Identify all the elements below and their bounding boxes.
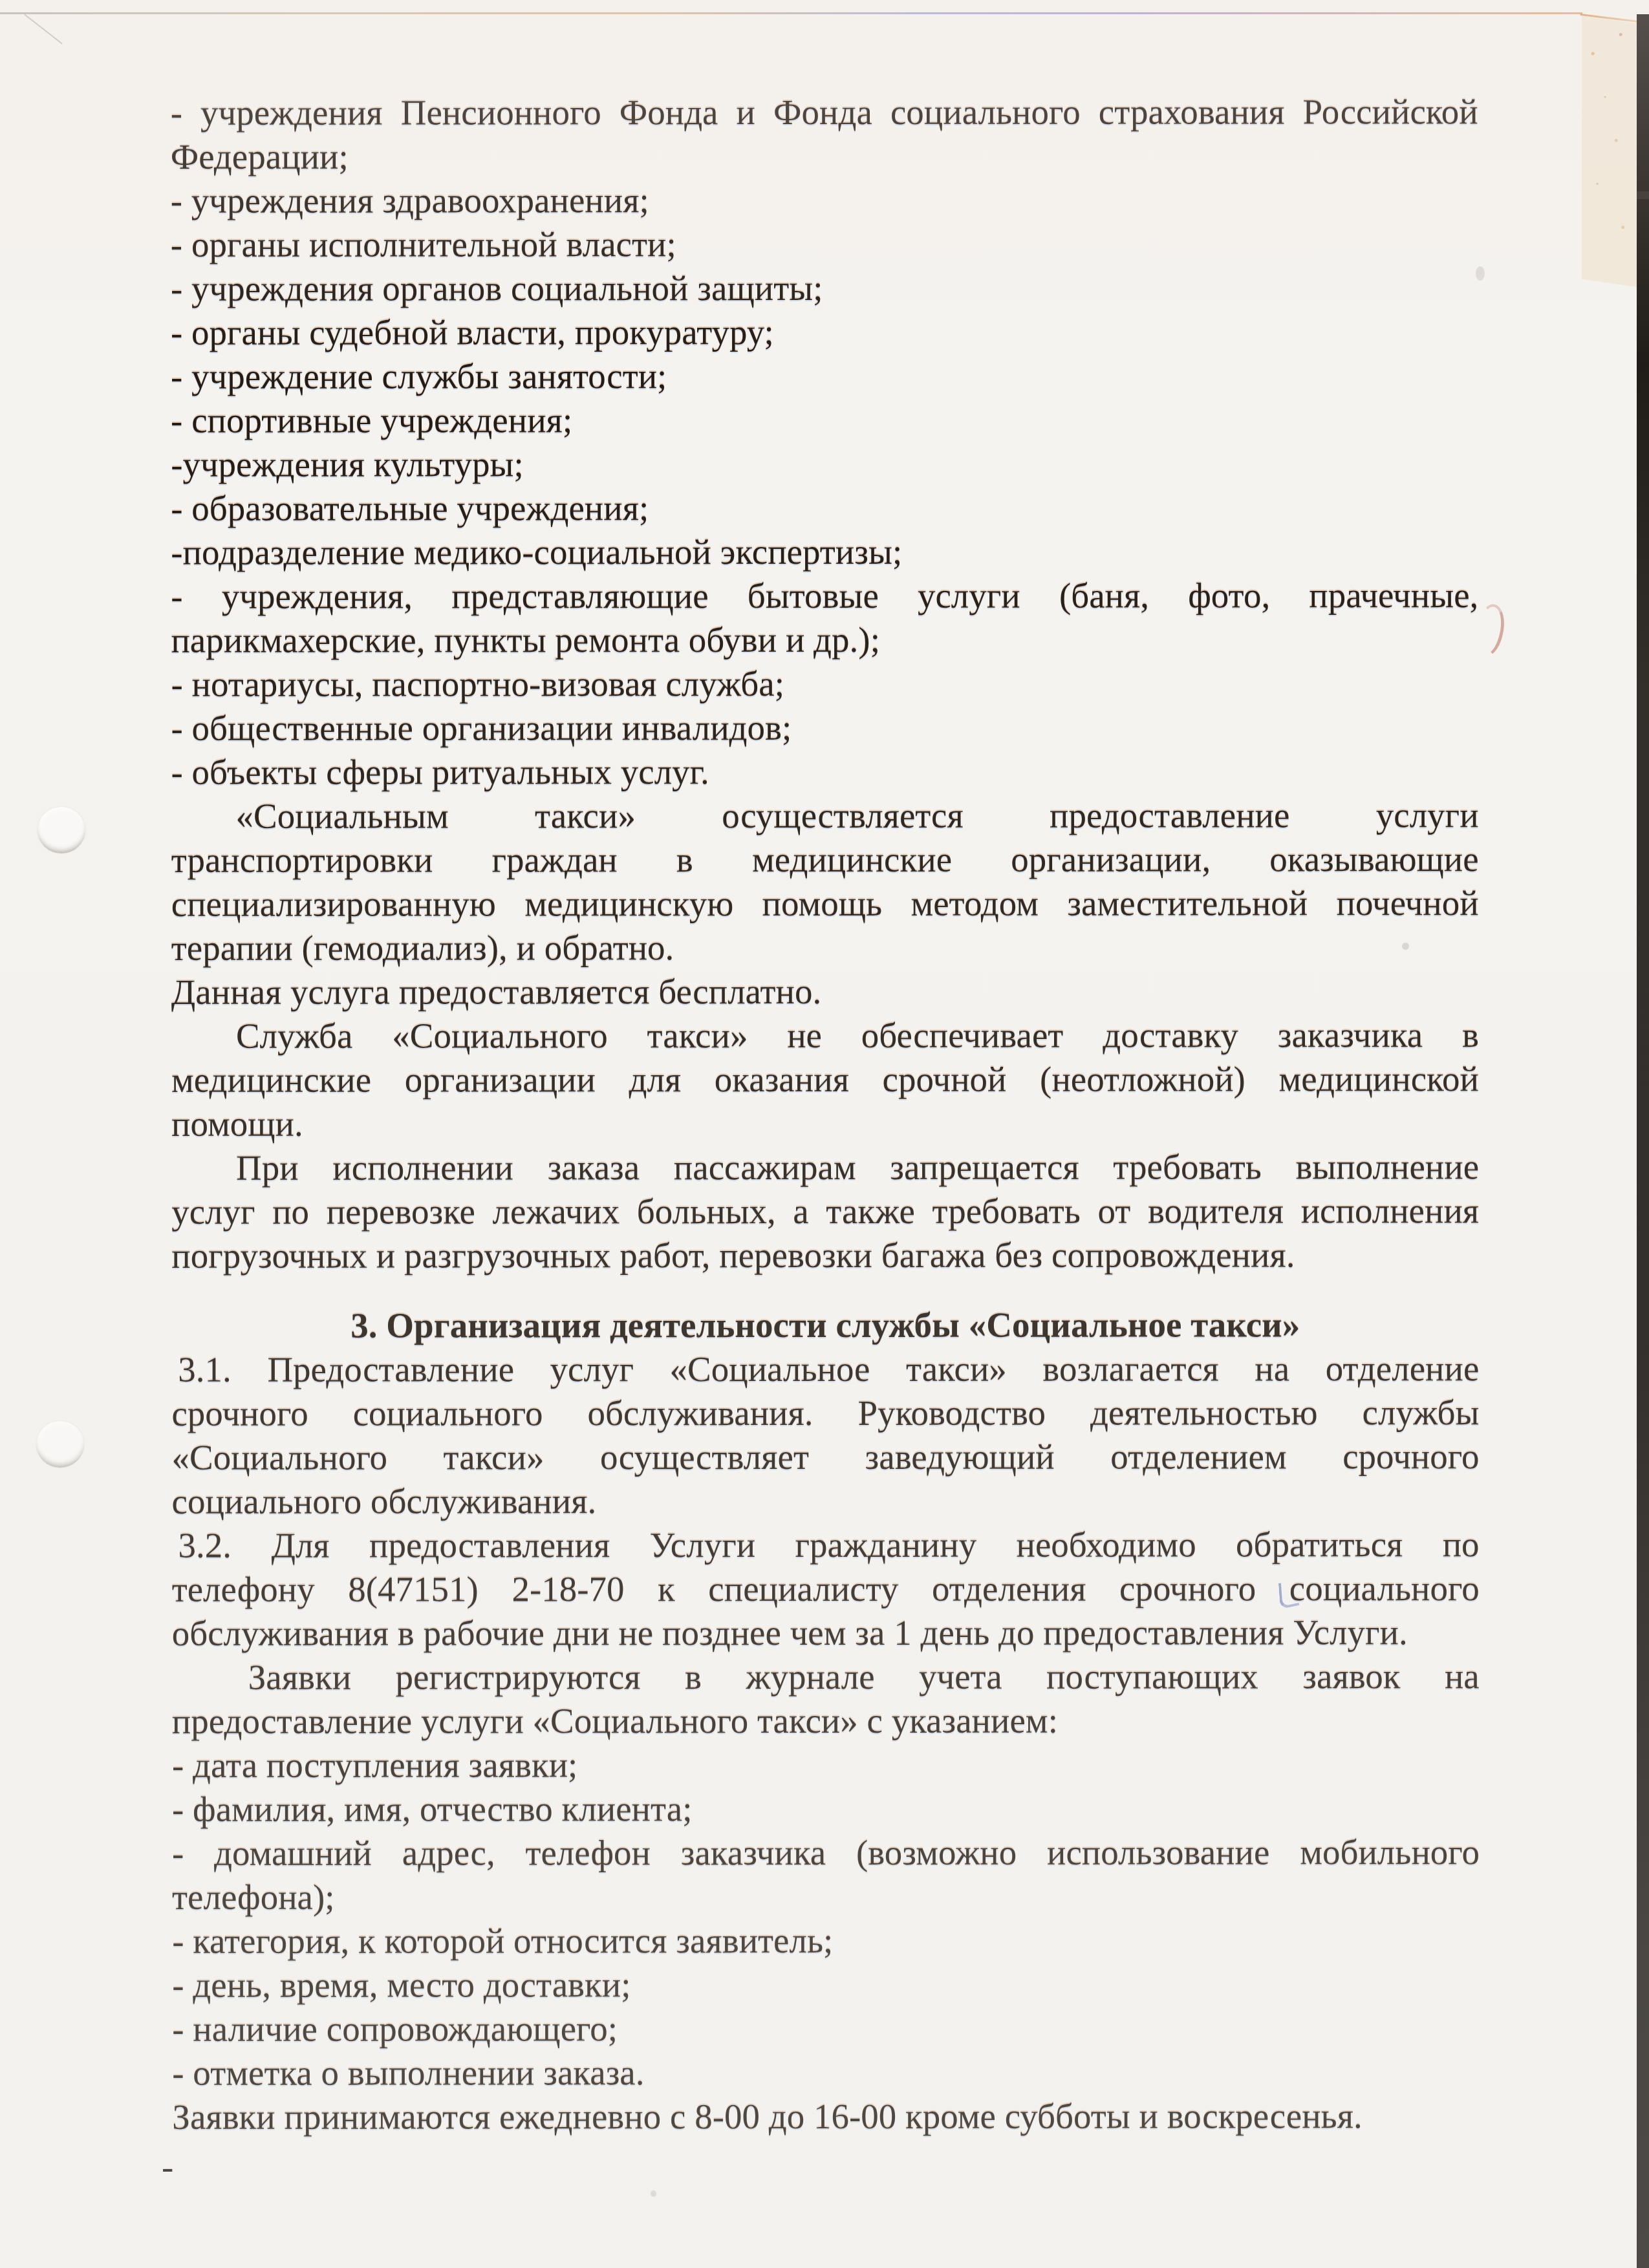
text-line: парикмахерские, пункты ремонта обуви и д… bbox=[171, 617, 1478, 663]
text-line: транспортировки граждан в медицинские ор… bbox=[171, 837, 1479, 883]
text-line: 3.1. Предоставление услуг «Социальное та… bbox=[171, 1347, 1479, 1392]
text-line: «Социального такси» осуществляет заведую… bbox=[171, 1435, 1479, 1480]
text-line: - спортивные учреждения; bbox=[171, 398, 1478, 443]
text-line: Данная услуга предоставляется бесплатно. bbox=[171, 969, 1479, 1014]
text-line: - фамилия, имя, отчество клиента; bbox=[172, 1786, 1480, 1832]
text-line: -учреждения культуры; bbox=[171, 442, 1478, 487]
text-line: помощи. bbox=[171, 1101, 1479, 1146]
text-line: Федерации; bbox=[171, 134, 1478, 179]
text-line: - органы исполнительной власти; bbox=[171, 222, 1478, 267]
section-heading: 3. Организация деятельности службы «Соци… bbox=[171, 1303, 1479, 1348]
text-line: телефону 8(47151) 2-18-70 к специалисту … bbox=[172, 1567, 1480, 1612]
text-line: обслуживания в рабочие дни не позднее че… bbox=[172, 1610, 1480, 1656]
text-line: - наличие сопровождающего; bbox=[172, 2006, 1480, 2051]
text-line: специализированную медицинскую помощь ме… bbox=[171, 881, 1479, 926]
page-corner-strip bbox=[1582, 16, 1637, 287]
scanner-edge-band-notch bbox=[1637, 191, 1649, 199]
scratch-mark bbox=[24, 14, 63, 44]
scanned-document-page: - учреждения Пенсионного Фонда и Фонда с… bbox=[0, 0, 1649, 2268]
text-line: - категория, к которой относится заявите… bbox=[172, 1918, 1480, 1963]
text-line: При исполнении заказа пассажирам запреща… bbox=[171, 1145, 1479, 1190]
text-line: предоставление услуги «Социального такси… bbox=[172, 1698, 1480, 1744]
text-line: - учреждения Пенсионного Фонда и Фонда с… bbox=[171, 90, 1478, 135]
text-line: - учреждения, представляющие бытовые усл… bbox=[171, 573, 1478, 619]
text-line: срочного социального обслуживания. Руков… bbox=[171, 1391, 1479, 1436]
text-line: - домашний адрес, телефон заказчика (воз… bbox=[172, 1830, 1480, 1876]
scanner-edge-band bbox=[1637, 14, 1649, 2268]
hole-punch bbox=[38, 807, 85, 853]
text-line: - общественные организации инвалидов; bbox=[171, 705, 1478, 751]
paper-speck bbox=[651, 2190, 656, 2197]
text-line: медицинские организации для оказания сро… bbox=[171, 1057, 1479, 1102]
text-line: Служба «Социального такси» не обеспечива… bbox=[171, 1013, 1479, 1058]
text-line: - день, время, место доставки; bbox=[172, 1962, 1480, 2007]
text-line: - органы судебной власти, прокуратуру; bbox=[171, 310, 1478, 355]
document-body: - учреждения Пенсионного Фонда и Фонда с… bbox=[171, 90, 1480, 2139]
hole-punch bbox=[36, 1421, 84, 1468]
text-line: - нотариусы, паспортно-визовая служба; bbox=[171, 661, 1478, 707]
text-line: - образовательные учреждения; bbox=[171, 486, 1478, 531]
text-line: услуг по перевозке лежачих больных, а та… bbox=[171, 1189, 1479, 1234]
text-line: - объекты сферы ритуальных услуг. bbox=[171, 749, 1479, 795]
text-line: - учреждения органов социальной защиты; bbox=[171, 266, 1478, 311]
scan-top-edge-line bbox=[0, 12, 1582, 14]
stray-dash: - bbox=[162, 2145, 173, 2189]
text-line: погрузочных и разгрузочных работ, перево… bbox=[171, 1233, 1479, 1278]
text-line: -подразделение медико-социальной эксперт… bbox=[171, 530, 1478, 575]
text-line: - дата поступления заявки; bbox=[172, 1742, 1480, 1788]
text-line: «Социальным такси» осуществляется предос… bbox=[171, 793, 1479, 839]
text-line: - отметка о выполнении заказа. bbox=[172, 2050, 1480, 2095]
text-line: - учреждение службы занятости; bbox=[171, 354, 1478, 399]
text-line: терапии (гемодиализ), и обратно. bbox=[171, 925, 1479, 970]
text-line: телефона); bbox=[172, 1874, 1480, 1920]
text-line: Заявки принимаются ежедневно с 8-00 до 1… bbox=[172, 2094, 1480, 2139]
text-line: Заявки регистрируются в журнале учета по… bbox=[172, 1654, 1480, 1700]
text-line: социального обслуживания. bbox=[171, 1479, 1479, 1524]
text-line: 3.2. Для предоставления Услуги гражданин… bbox=[172, 1523, 1480, 1568]
text-line: - учреждения здравоохранения; bbox=[171, 178, 1478, 223]
